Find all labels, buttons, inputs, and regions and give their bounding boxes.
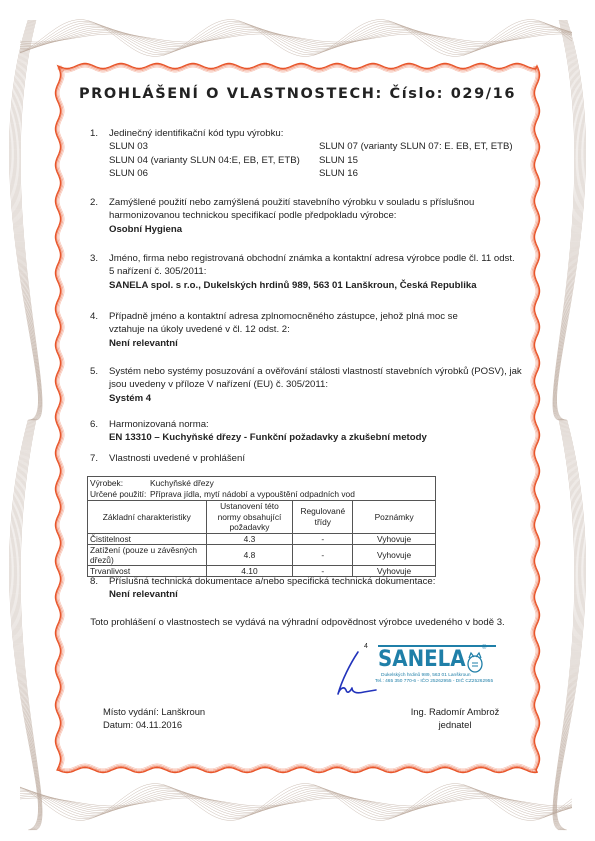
section-number: 6. xyxy=(90,418,98,431)
section-label: Jedinečný identifikační kód typu výrobku… xyxy=(109,127,539,140)
section-value: Systém 4 xyxy=(109,392,539,405)
cell-note: Vyhovuje xyxy=(353,533,436,544)
section-number: 3. xyxy=(90,252,98,265)
section-number: 8. xyxy=(90,575,98,588)
use-value: Příprava jídla, mytí nádobí a vypouštění… xyxy=(150,489,355,499)
cell-note: Vyhovuje xyxy=(353,544,436,565)
use-label: Určené použití: xyxy=(90,489,150,500)
signer-info: Ing. Radomír Ambrož jednatel xyxy=(395,705,515,731)
column-header: Ustanovení této normy obsahující požadav… xyxy=(206,501,293,534)
table-product-info: Výrobek:Kuchyňské dřezy Určené použití:P… xyxy=(87,476,436,500)
cell-clause: 4.8 xyxy=(206,544,293,565)
product-value: Kuchyňské dřezy xyxy=(150,478,214,488)
section-value: Není relevantní xyxy=(109,337,539,350)
section-label: jsou uvedeny v příloze V nařízení (EU) č… xyxy=(109,378,539,391)
product-code: SLUN 15 xyxy=(319,154,513,167)
product-code: SLUN 04 (varianty SLUN 04:E, EB, ET, ETB… xyxy=(109,154,300,167)
section-label: vztahuje na úkoly uvedené v čl. 12 odst.… xyxy=(109,323,539,336)
section-number: 1. xyxy=(90,127,98,140)
section-label: harmonizovanou technickou specifikací po… xyxy=(109,209,539,222)
section-number: 5. xyxy=(90,365,98,378)
section-value: SANELA spol. s r.o., Dukelských hrdinů 9… xyxy=(109,279,539,292)
signer-name: Ing. Radomír Ambrož xyxy=(395,705,515,718)
cell-class: - xyxy=(293,544,353,565)
table-header-row: Základní charakteristiky Ustanovení této… xyxy=(88,501,436,534)
section-number: 4. xyxy=(90,310,98,323)
company-stamp: 4 SANELA ® Dukelských hrdinů 989, 563 01… xyxy=(370,645,500,690)
table-row: Zatížení (pouze u závěsných dřezů) 4.8 -… xyxy=(88,544,436,565)
closing-statement: Toto prohlášení o vlastnostech se vydává… xyxy=(0,617,595,628)
issue-info: Místo vydání: Lanškroun Datum: 04.11.201… xyxy=(103,705,205,731)
section-label: Případně jméno a kontaktní adresa zplnom… xyxy=(109,310,539,323)
stamp-contact: Tel.: 465 350 770-6 - IČO 25262955 - DIČ… xyxy=(375,679,493,685)
section-value: Osobní Hygiena xyxy=(109,223,539,236)
section-label: Zamýšlené použití nebo zamýšlená použití… xyxy=(109,196,539,209)
issue-place: Místo vydání: Lanškroun xyxy=(103,705,205,718)
section-value: Není relevantní xyxy=(109,588,539,601)
section-label: 5 nařízení č. 305/2011: xyxy=(109,265,539,278)
section-number: 2. xyxy=(90,196,98,209)
company-logo: SANELA xyxy=(378,647,466,672)
page-mark: 4 xyxy=(364,643,368,650)
product-codes: SLUN 03 SLUN 04 (varianty SLUN 04:E, EB,… xyxy=(109,140,539,180)
section-number: 7. xyxy=(90,452,98,465)
column-header: Základní charakteristiky xyxy=(88,501,207,534)
cell-class: - xyxy=(293,533,353,544)
signer-role: jednatel xyxy=(395,718,515,731)
cell-characteristic: Čistitelnost xyxy=(88,533,207,544)
section-value: EN 13310 – Kuchyňské dřezy - Funkční pož… xyxy=(109,431,539,444)
product-code: SLUN 07 (varianty SLUN 07: E. EB, ET, ET… xyxy=(319,140,513,153)
page-title: PROHLÁŠENÍ O VLASTNOSTECH: Číslo: 029/16 xyxy=(0,86,595,102)
properties-table: Výrobek:Kuchyňské dřezy Určené použití:P… xyxy=(87,476,436,577)
section-label: Harmonizovaná norma: xyxy=(109,418,539,431)
product-code: SLUN 03 xyxy=(109,140,300,153)
product-code: SLUN 16 xyxy=(319,167,513,180)
product-code: SLUN 06 xyxy=(109,167,300,180)
cell-clause: 4.3 xyxy=(206,533,293,544)
product-label: Výrobek: xyxy=(90,478,150,489)
table-row: Čistitelnost 4.3 - Vyhovuje xyxy=(88,533,436,544)
section-label: Jméno, firma nebo registrovaná obchodní … xyxy=(109,252,539,265)
section-label: Systém nebo systémy posuzování a ověřová… xyxy=(109,365,539,378)
column-header: Poznámky xyxy=(353,501,436,534)
column-header: Regulované třídy xyxy=(293,501,353,534)
issue-date: Datum: 04.11.2016 xyxy=(103,718,205,731)
section-label: Vlastnosti uvedené v prohlášení xyxy=(109,452,539,465)
mascot-icon xyxy=(466,651,484,673)
cell-characteristic: Zatížení (pouze u závěsných dřezů) xyxy=(88,544,207,565)
section-label: Příslušná technická dokumentace a/nebo s… xyxy=(109,575,539,588)
